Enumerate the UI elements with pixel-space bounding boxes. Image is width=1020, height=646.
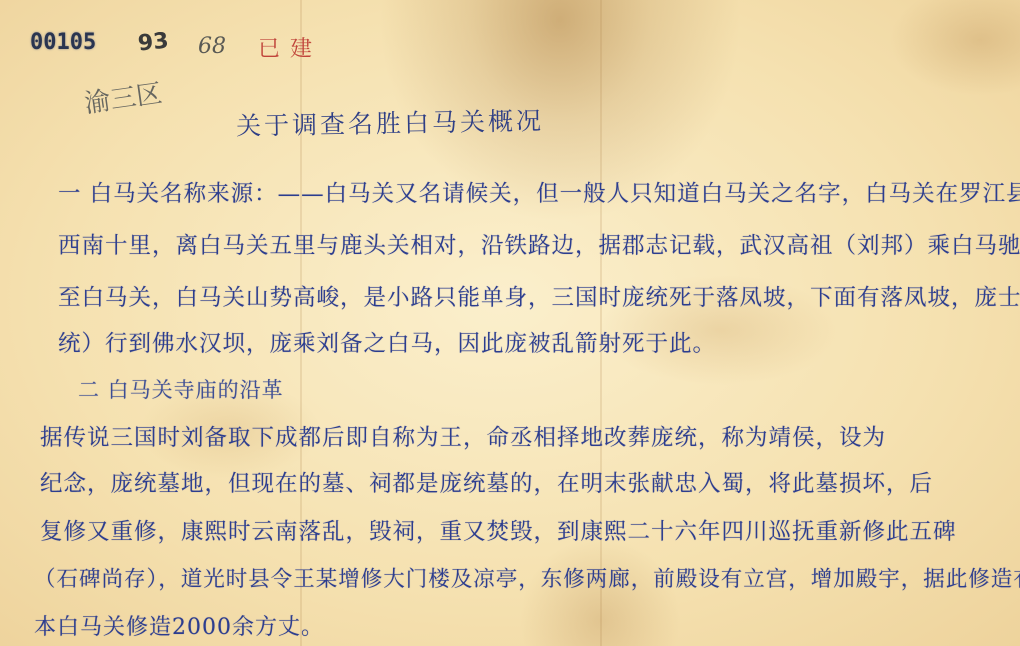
text-line: 西南十里，离白马关五里与鹿头关相对，沿铁路边，据郡志记载，武汉高祖（刘邦）乘白马… [58, 228, 1020, 260]
text-line: 一 白马关名称来源：——白马关又名请候关，但一般人只知道白马关之名字，白马关在罗… [58, 176, 1020, 208]
handwritten-page-number: 68 [198, 34, 226, 59]
document-title: 关于调查名胜白马关概况 [236, 101, 545, 142]
red-stamp-built: 已建 [258, 32, 322, 63]
section-heading: 二 白马关寺庙的沿革 [78, 374, 284, 404]
text-line: 统）行到佛水汉坝，庞乘刘备之白马，因此庞被乱箭射死于此。 [58, 326, 716, 358]
text-line: 复修又重修，康熙时云南落乱，毁祠，重又焚毁，到康熙二十六年四川巡抚重新修此五碑 [40, 514, 957, 546]
handwritten-number: 93 [137, 28, 170, 56]
paper-fold-line [300, 0, 302, 646]
document-number-stamp: 00105 [30, 30, 96, 55]
text-line: 据传说三国时刘备取下成都后即自称为王，命丞相择地改葬庞统，称为靖侯，设为 [40, 420, 886, 452]
paper-fold-line [600, 0, 602, 646]
text-line: 本白马关修造2000余方丈。 [34, 610, 324, 641]
text-line: 至白马关，白马关山势高峻，是小路只能单身，三国时庞统死于落凤坡，下面有落凤坡，庞… [58, 280, 1020, 312]
text-line: （石碑尚存），道光时县令王某增修大门楼及凉亭，东修两廊，前殿设有立宫，增加殿宇，… [34, 562, 1020, 593]
text-line: 纪念，庞统墓地，但现在的墓、祠都是庞统墓的，在明末张献忠入蜀，将此墓损坏，后 [40, 466, 933, 498]
